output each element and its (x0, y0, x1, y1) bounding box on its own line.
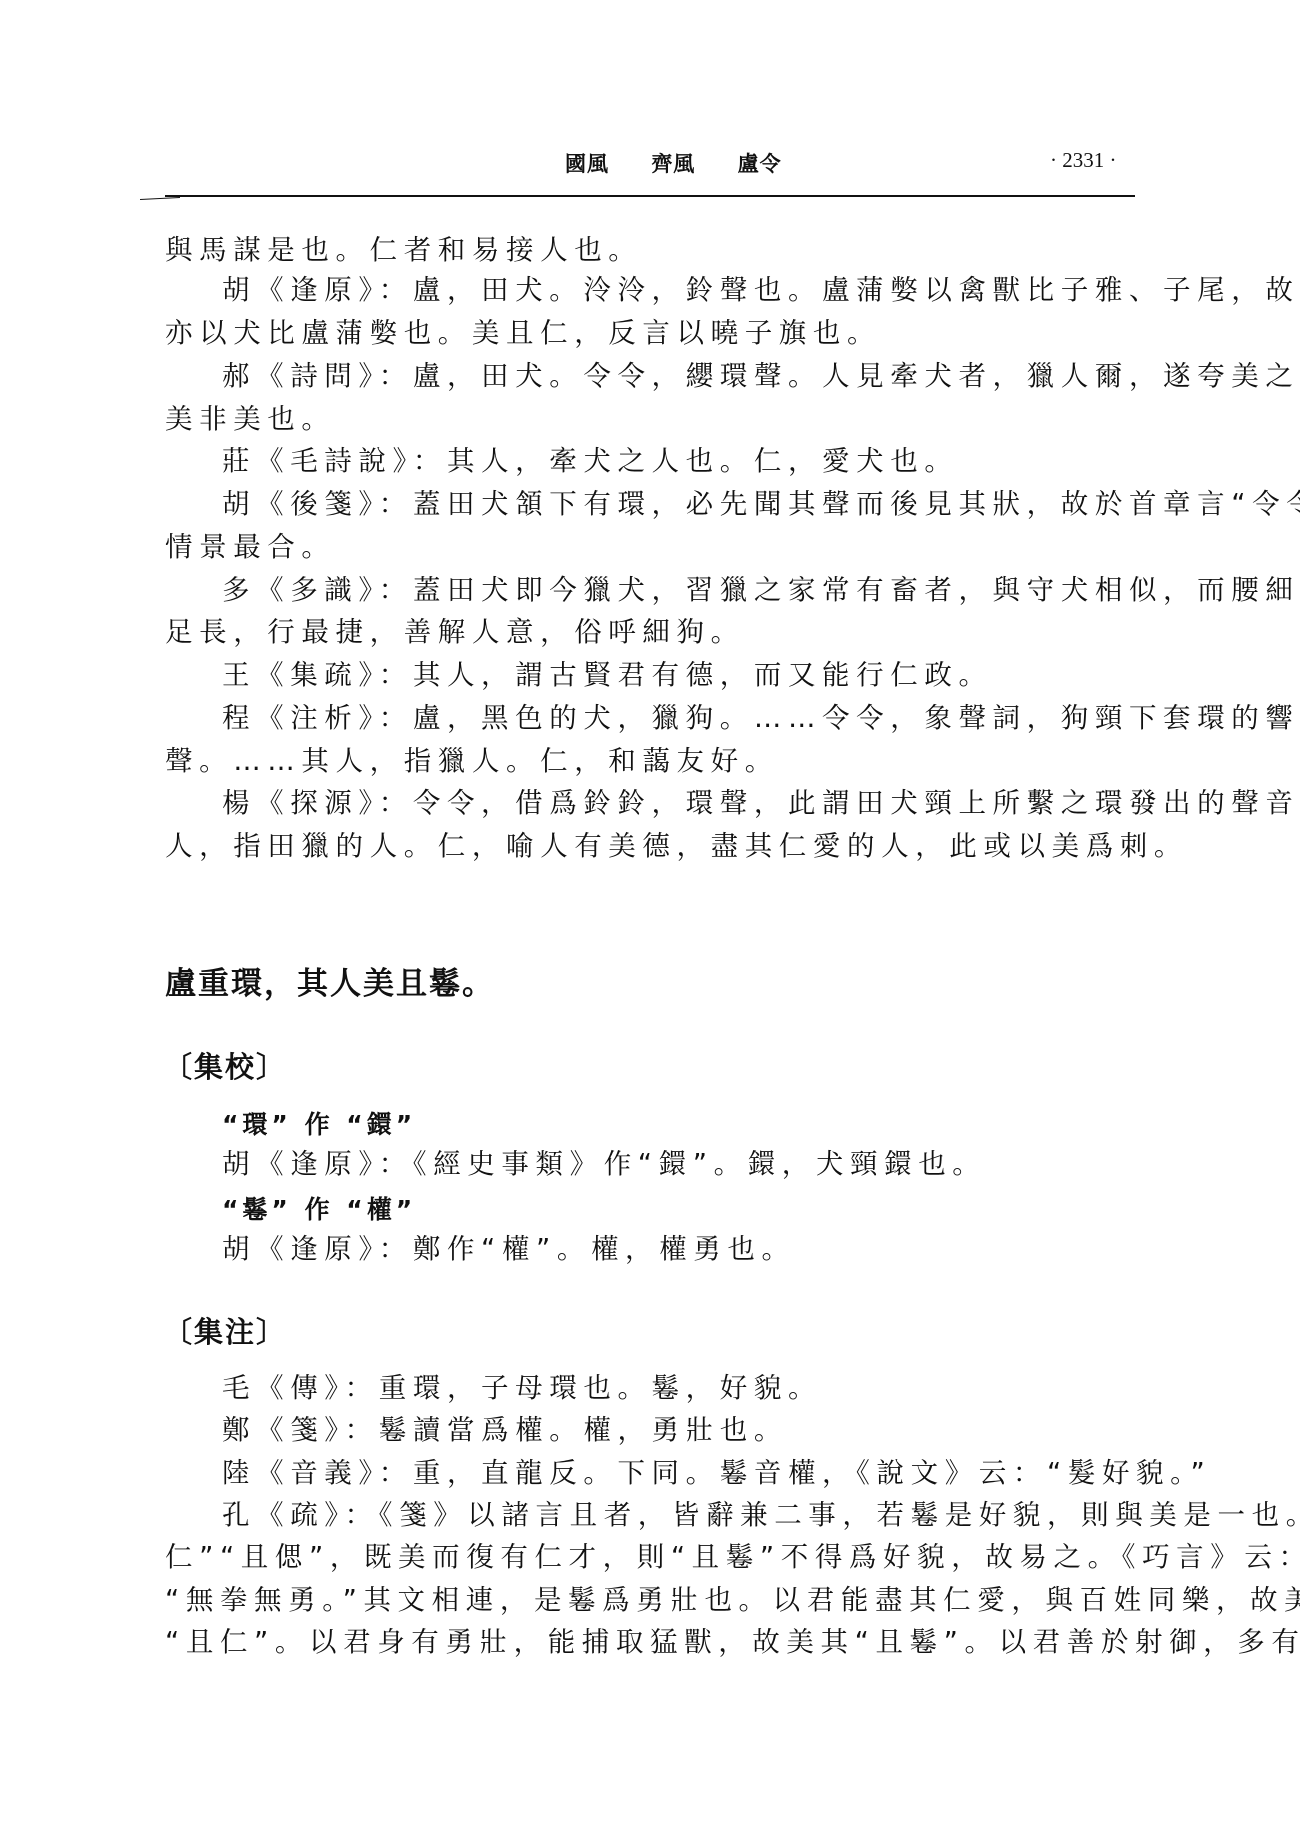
running-title-part: 國風 (565, 152, 609, 176)
text-line: 胡《後箋》：蓋田犬頷下有環，必先聞其聲而後見其狀，故於首章言“令令”， (222, 484, 1192, 524)
text-line: 胡《逢原》：《經史事類》作“鐶”。鐶，犬頸鐶也。 (222, 1144, 1192, 1184)
text-line: 郝《詩問》：盧，田犬。令令，纓環聲。人見牽犬者，獵人爾，遂夸美之，所 (222, 356, 1192, 396)
text-line: 亦以犬比盧蒲嫳也。美且仁，反言以曉子旗也。 (165, 313, 1135, 353)
text-line: 程《注析》：盧，黑色的犬，獵狗。……令令，象聲詞，狗頸下套環的響 (222, 698, 1192, 738)
text-line: “且仁”。以君身有勇壯，能捕取猛獸，故美其“且鬈”。以君善於射御，多有才 (165, 1622, 1135, 1662)
page-number: · 2331 · (1050, 148, 1117, 173)
text-line: 王《集疏》：其人，謂古賢君有德，而又能行仁政。 (222, 655, 1192, 695)
text-line: 楊《探源》：令令，借爲鈴鈴，環聲，此謂田犬頸上所繫之環發出的聲音。其 (222, 783, 1192, 823)
header-rule-tail (140, 197, 180, 200)
text-line: 美非美也。 (165, 399, 1135, 439)
text-line: 陸《音義》：重，直龍反。下同。鬈音權，《說文》云：“髮好貌。” (222, 1453, 1192, 1493)
text-line: 與馬謀是也。仁者和易接人也。 (165, 230, 1135, 270)
book-page: 國風 齊風 盧令 · 2331 · 與馬謀是也。仁者和易接人也。 胡《逢原》：盧… (0, 0, 1300, 1827)
header-rule (165, 195, 1135, 197)
running-title: 國風 齊風 盧令 (565, 148, 802, 178)
variant-heading: “環” 作 “鐶” (222, 1105, 416, 1141)
text-line: 多《多識》：蓋田犬即今獵犬，習獵之家常有畜者，與守犬相似，而腰細口大 (222, 570, 1192, 610)
text-line: 莊《毛詩說》：其人，牽犬之人也。仁，愛犬也。 (222, 441, 1192, 481)
text-line: 足長，行最捷，善解人意，俗呼細狗。 (165, 612, 1135, 652)
text-line: 胡《逢原》：鄭作“權”。權，權勇也。 (222, 1229, 1192, 1269)
text-line: “無拳無勇。”其文相連，是鬈爲勇壯也。以君能盡其仁愛，與百姓同樂，故美其 (165, 1580, 1135, 1620)
variant-heading: “鬈” 作 “權” (222, 1190, 416, 1226)
text-line: 仁”“且偲”，既美而復有仁才，則“且鬈”不得爲好貌，故易之。《巧言》云： (165, 1537, 1135, 1577)
text-line: 聲。……其人，指獵人。仁，和藹友好。 (165, 741, 1135, 781)
text-line: 人，指田獵的人。仁，喻人有美德，盡其仁愛的人，此或以美爲刺。 (165, 826, 1135, 866)
text-line: 胡《逢原》：盧，田犬。泠泠，鈴聲也。盧蒲嫳以禽獸比子雅、子尾，故子雅 (222, 270, 1192, 310)
text-line: 鄭《箋》：鬈讀當爲權。權，勇壯也。 (222, 1410, 1192, 1450)
section-title-jizhu: 〔集注〕 (163, 1310, 287, 1351)
running-title-part: 齊風 (651, 152, 695, 176)
section-title-jijiao: 〔集校〕 (163, 1045, 287, 1086)
text-line: 毛《傳》：重環，子母環也。鬈，好貌。 (222, 1368, 1192, 1408)
text-line: 孔《疏》：《箋》以諸言且者，皆辭兼二事，若鬈是好貌，則與美是一也。“且 (222, 1495, 1192, 1535)
verse-heading: 盧重環，其人美且鬈。 (165, 958, 495, 1003)
text-line: 情景最合。 (165, 527, 1135, 567)
running-title-part: 盧令 (738, 152, 782, 176)
